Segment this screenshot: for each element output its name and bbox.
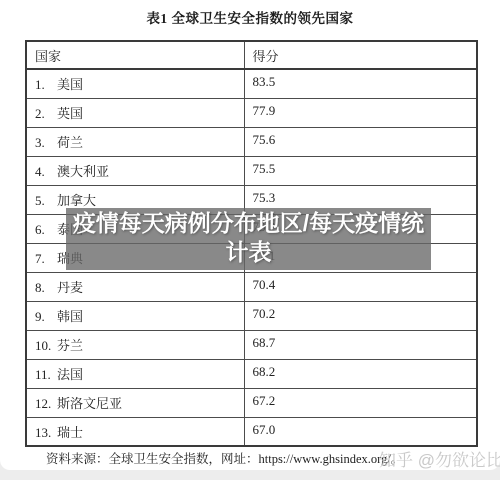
country-label: 芬兰 <box>57 338 83 353</box>
score-cell: 75.5 <box>244 156 477 185</box>
watermark: 知乎 @勿欲论比 <box>379 446 500 471</box>
country-cell: 8.丹麦 <box>26 272 244 301</box>
table-row: 4.澳大利亚75.5 <box>26 156 477 185</box>
table-header-row: 国家 得分 <box>26 41 477 69</box>
country-label: 加拿大 <box>57 193 96 208</box>
country-label: 英国 <box>57 106 83 121</box>
score-cell: 75.6 <box>244 127 477 156</box>
country-label: 韩国 <box>57 309 83 324</box>
article-image-card: 表1 全球卫生安全指数的领先国家 国家 得分 1.美国83.52.英国77.93… <box>0 0 500 470</box>
col-header-country: 国家 <box>26 41 244 69</box>
table-row: 12.斯洛文尼亚67.2 <box>26 388 477 417</box>
country-label: 法国 <box>57 367 83 382</box>
country-cell: 9.韩国 <box>26 301 244 330</box>
rank-label: 1. <box>35 77 57 93</box>
country-label: 斯洛文尼亚 <box>57 396 122 411</box>
country-cell: 3.荷兰 <box>26 127 244 156</box>
rank-label: 4. <box>35 164 57 180</box>
score-cell: 67.2 <box>244 388 477 417</box>
rank-label: 9. <box>35 309 57 325</box>
rank-label: 12. <box>35 396 57 412</box>
rank-label: 13. <box>35 425 57 441</box>
score-cell: 83.5 <box>244 69 477 98</box>
country-label: 美国 <box>57 77 83 92</box>
col-header-score: 得分 <box>244 41 477 69</box>
score-cell: 77.9 <box>244 98 477 127</box>
rank-label: 8. <box>35 280 57 296</box>
table-title: 表1 全球卫生安全指数的领先国家 <box>0 7 500 27</box>
score-cell: 70.2 <box>244 301 477 330</box>
rank-label: 7. <box>35 251 57 267</box>
country-label: 澳大利亚 <box>57 164 109 179</box>
rank-label: 10. <box>35 338 57 354</box>
score-cell: 68.2 <box>244 359 477 388</box>
country-cell: 11.法国 <box>26 359 244 388</box>
country-cell: 13.瑞士 <box>26 417 244 446</box>
country-cell: 12.斯洛文尼亚 <box>26 388 244 417</box>
rank-label: 5. <box>35 193 57 209</box>
table-row: 3.荷兰75.6 <box>26 127 477 156</box>
table-row: 2.英国77.9 <box>26 98 477 127</box>
score-cell: 67.0 <box>244 417 477 446</box>
rank-label: 2. <box>35 106 57 122</box>
rank-label: 6. <box>35 222 57 238</box>
table-row: 1.美国83.5 <box>26 69 477 98</box>
table-row: 9.韩国70.2 <box>26 301 477 330</box>
source-note: 资料来源：全球卫生安全指数，网址：https://www.ghsindex.or… <box>46 449 403 467</box>
country-label: 瑞士 <box>57 425 83 440</box>
table-row: 8.丹麦70.4 <box>26 272 477 301</box>
country-cell: 10.芬兰 <box>26 330 244 359</box>
country-label: 荷兰 <box>57 135 83 150</box>
score-cell: 68.7 <box>244 330 477 359</box>
rank-label: 11. <box>35 367 57 383</box>
rank-label: 3. <box>35 135 57 151</box>
country-cell: 4.澳大利亚 <box>26 156 244 185</box>
headline-overlay-text: 疫情每天病例分布地区/每天疫情统计表 <box>73 210 424 265</box>
country-cell: 1.美国 <box>26 69 244 98</box>
country-label: 丹麦 <box>57 280 83 295</box>
headline-overlay-banner: 疫情每天病例分布地区/每天疫情统计表 <box>66 208 431 270</box>
country-cell: 2.英国 <box>26 98 244 127</box>
score-cell: 70.4 <box>244 272 477 301</box>
table-row: 13.瑞士67.0 <box>26 417 477 446</box>
table-row: 10.芬兰68.7 <box>26 330 477 359</box>
table-row: 11.法国68.2 <box>26 359 477 388</box>
